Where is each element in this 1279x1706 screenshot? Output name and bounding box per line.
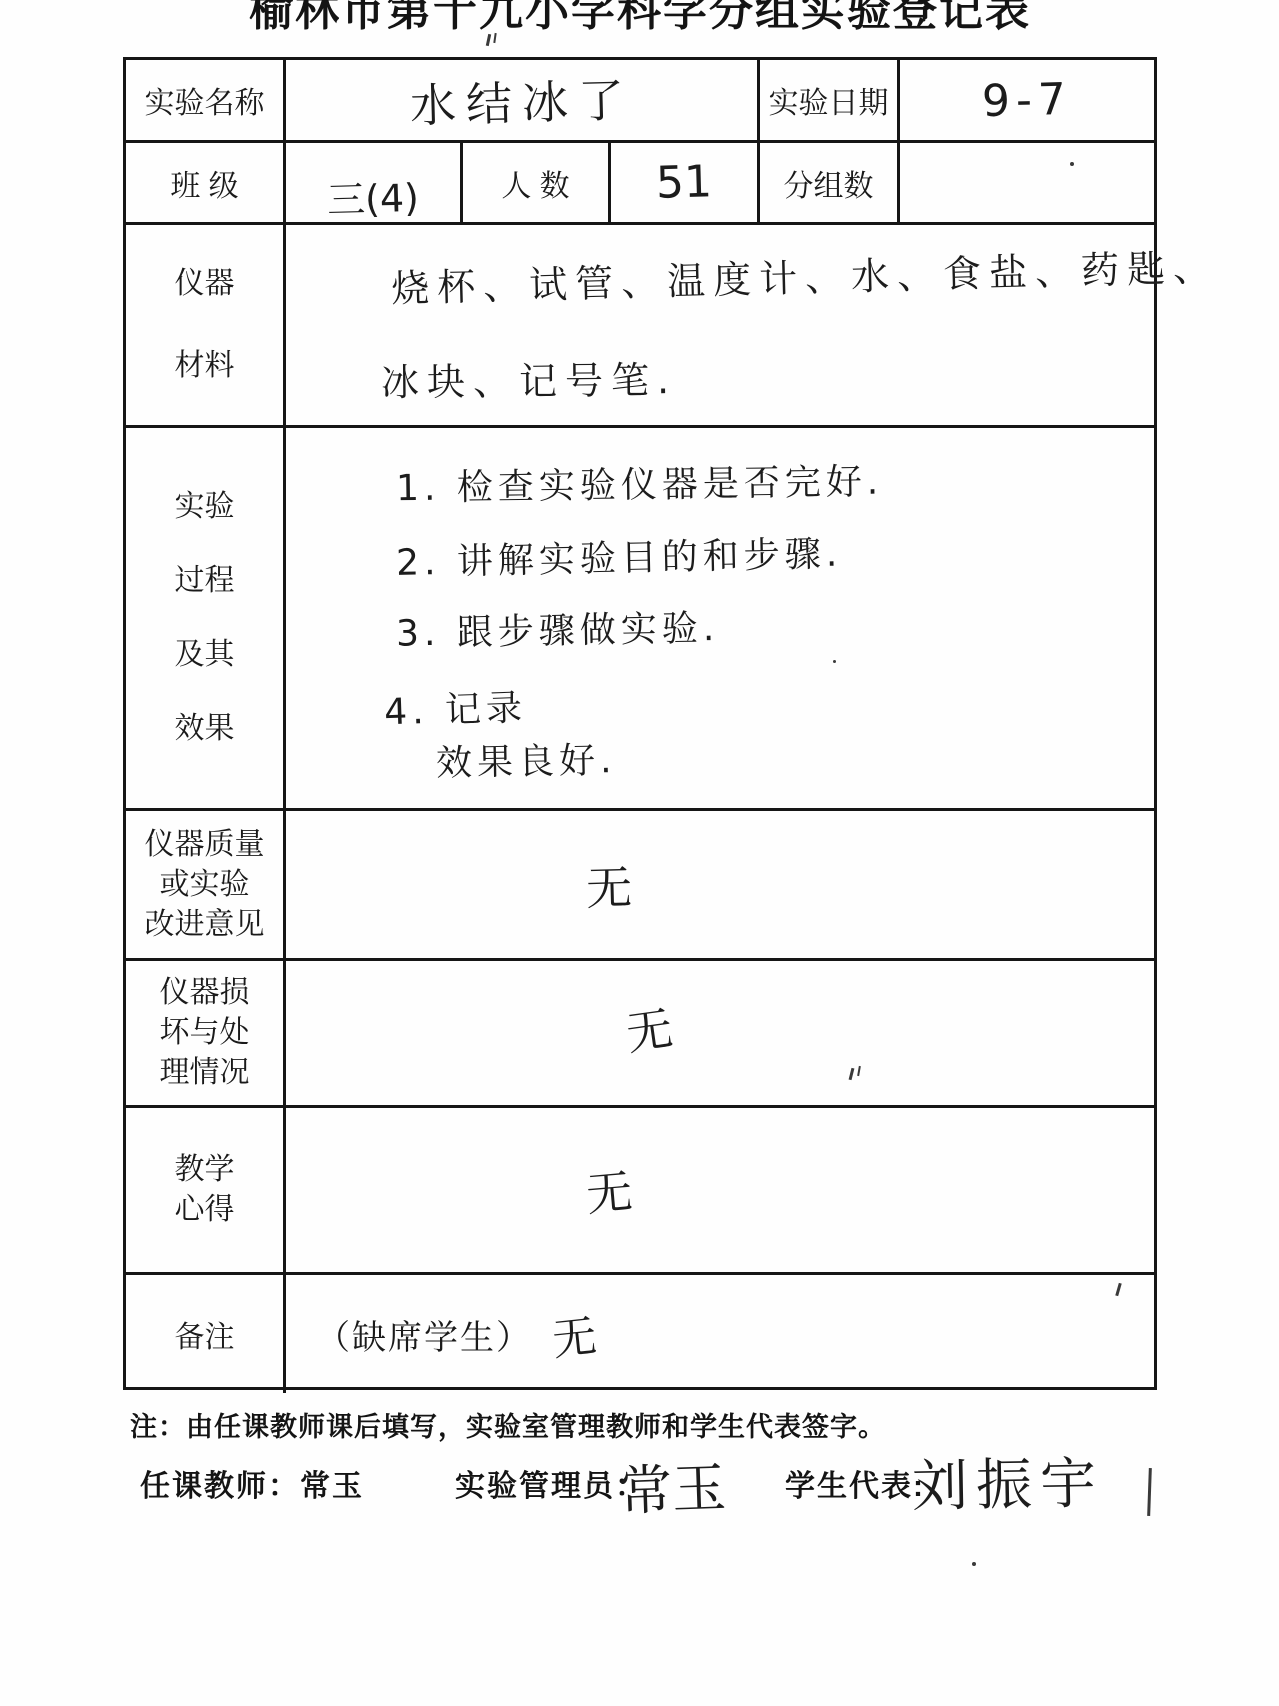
- scan-artifact-dot: [1070, 162, 1074, 166]
- experiment-date-cell: 9-7: [900, 60, 1154, 140]
- teacher-name-printed: 任课教师：常玉: [140, 1461, 364, 1505]
- remarks-label: 备注: [126, 1275, 286, 1393]
- quality-opinion-value: 无: [585, 851, 633, 918]
- quality-opinion-label-line: 或实验: [160, 865, 250, 905]
- process-label-line: 过程: [175, 561, 235, 601]
- teaching-notes-value: 无: [583, 1155, 635, 1225]
- materials-cell: 烧杯、试管、温度计、水、食盐、药匙、 冰块、记号笔.: [286, 225, 1219, 425]
- group-count-cell: [900, 143, 1154, 222]
- process-label-line: 及其: [175, 635, 235, 675]
- row-experiment-name: 实验名称 水结冰了 实验日期 9-7: [126, 60, 1154, 143]
- damage-handling-label: 仪器损 坏与处 理情况: [126, 961, 286, 1105]
- experiment-date-value: 9-7: [981, 73, 1072, 126]
- headcount-value: 51: [655, 156, 712, 208]
- process-label: 实验 过程 及其 效果: [126, 428, 286, 808]
- materials-value-line: 冰块、记号笔.: [381, 344, 1219, 406]
- quality-opinion-label-line: 改进意见: [145, 905, 265, 945]
- process-step: 2. 讲解实验目的和步骤.: [396, 524, 1155, 588]
- headcount-cell: 51: [611, 143, 760, 222]
- row-remarks: 备注 （缺席学生） 无: [126, 1275, 1154, 1393]
- damage-handling-label-line: 仪器损: [160, 973, 250, 1013]
- row-process: 实验 过程 及其 效果 1. 检查实验仪器是否完好. 2. 讲解实验目的和步骤.…: [126, 428, 1154, 811]
- damage-handling-label-line: 理情况: [160, 1053, 250, 1093]
- process-step: 4. 记录: [383, 663, 1154, 738]
- student-representative-label: 学生代表:: [785, 1461, 925, 1505]
- form-title: 榆林市第十九小学科学分组实验登记表: [123, 0, 1157, 38]
- footer-note: 注：由任课教师课后填写，实验室管理教师和学生代表签字。: [130, 1405, 886, 1444]
- scan-artifact-dot: [833, 660, 836, 663]
- remarks-cell: （缺席学生） 无: [286, 1275, 1154, 1393]
- process-result: 效果良好.: [436, 728, 1155, 789]
- row-quality-opinion: 仪器质量 或实验 改进意见 无: [126, 811, 1154, 961]
- teaching-notes-label-line: 心得: [175, 1190, 235, 1230]
- process-step: 1. 检查实验仪器是否完好.: [396, 455, 1155, 514]
- damage-handling-value: 无: [622, 992, 677, 1064]
- quality-opinion-label: 仪器质量 或实验 改进意见: [126, 811, 286, 958]
- experiment-name-label: 实验名称: [126, 60, 286, 140]
- scan-artifact-dot: [972, 1562, 976, 1566]
- process-cell: 1. 检查实验仪器是否完好. 2. 讲解实验目的和步骤. 3. 跟步骤做实验. …: [286, 428, 1154, 808]
- lab-manager-signature: 常玉: [617, 1445, 728, 1526]
- experiment-name-cell: 水结冰了: [286, 60, 760, 140]
- absent-students-printed: （缺席学生）: [316, 1310, 532, 1359]
- signature-row: 任课教师：常玉 实验管理员： 常玉 学生代表: 刘振宇: [0, 1455, 1279, 1575]
- materials-value-line: 烧杯、试管、温度计、水、食盐、药匙、: [390, 236, 1219, 313]
- process-label-line: 效果: [175, 709, 235, 749]
- row-class-info: 班 级 三(4) 人 数 51 分组数: [126, 143, 1154, 225]
- quality-opinion-cell: 无: [286, 811, 1154, 958]
- scan-artifact-mark: [493, 33, 496, 43]
- experiment-form-table: 实验名称 水结冰了 实验日期 9-7 班 级 三(4) 人 数 51 分组数: [123, 57, 1157, 1390]
- damage-handling-cell: 无: [286, 961, 1154, 1105]
- materials-label-line: 材料: [175, 346, 235, 386]
- remarks-value: 无: [549, 1300, 599, 1368]
- headcount-label: 人 数: [463, 143, 611, 222]
- experiment-date-label: 实验日期: [760, 60, 900, 140]
- materials-label: 仪器 材料: [126, 225, 286, 425]
- row-damage-handling: 仪器损 坏与处 理情况 无: [126, 961, 1154, 1108]
- materials-label-line: 仪器: [175, 264, 235, 304]
- row-materials: 仪器 材料 烧杯、试管、温度计、水、食盐、药匙、 冰块、记号笔.: [126, 225, 1154, 428]
- experiment-name-value: 水结冰了: [409, 64, 635, 136]
- student-representative-signature: 刘振宇: [911, 1439, 1104, 1522]
- teaching-notes-cell: 无: [286, 1108, 1154, 1272]
- teaching-notes-label-line: 教学: [175, 1150, 235, 1190]
- damage-handling-label-line: 坏与处: [160, 1013, 250, 1053]
- quality-opinion-label-line: 仪器质量: [145, 825, 265, 865]
- group-count-label: 分组数: [760, 143, 900, 222]
- row-teaching-notes: 教学 心得 无: [126, 1108, 1154, 1275]
- process-step: 3. 跟步骤做实验.: [396, 597, 1155, 658]
- process-label-line: 实验: [175, 487, 235, 527]
- teaching-notes-label: 教学 心得: [126, 1108, 286, 1272]
- scanned-form-page: 榆林市第十九小学科学分组实验登记表 实验名称 水结冰了 实验日期 9-7 班 级…: [0, 0, 1279, 1706]
- class-value: 三(4): [326, 167, 419, 224]
- class-cell: 三(4): [286, 143, 463, 222]
- class-label: 班 级: [126, 143, 286, 222]
